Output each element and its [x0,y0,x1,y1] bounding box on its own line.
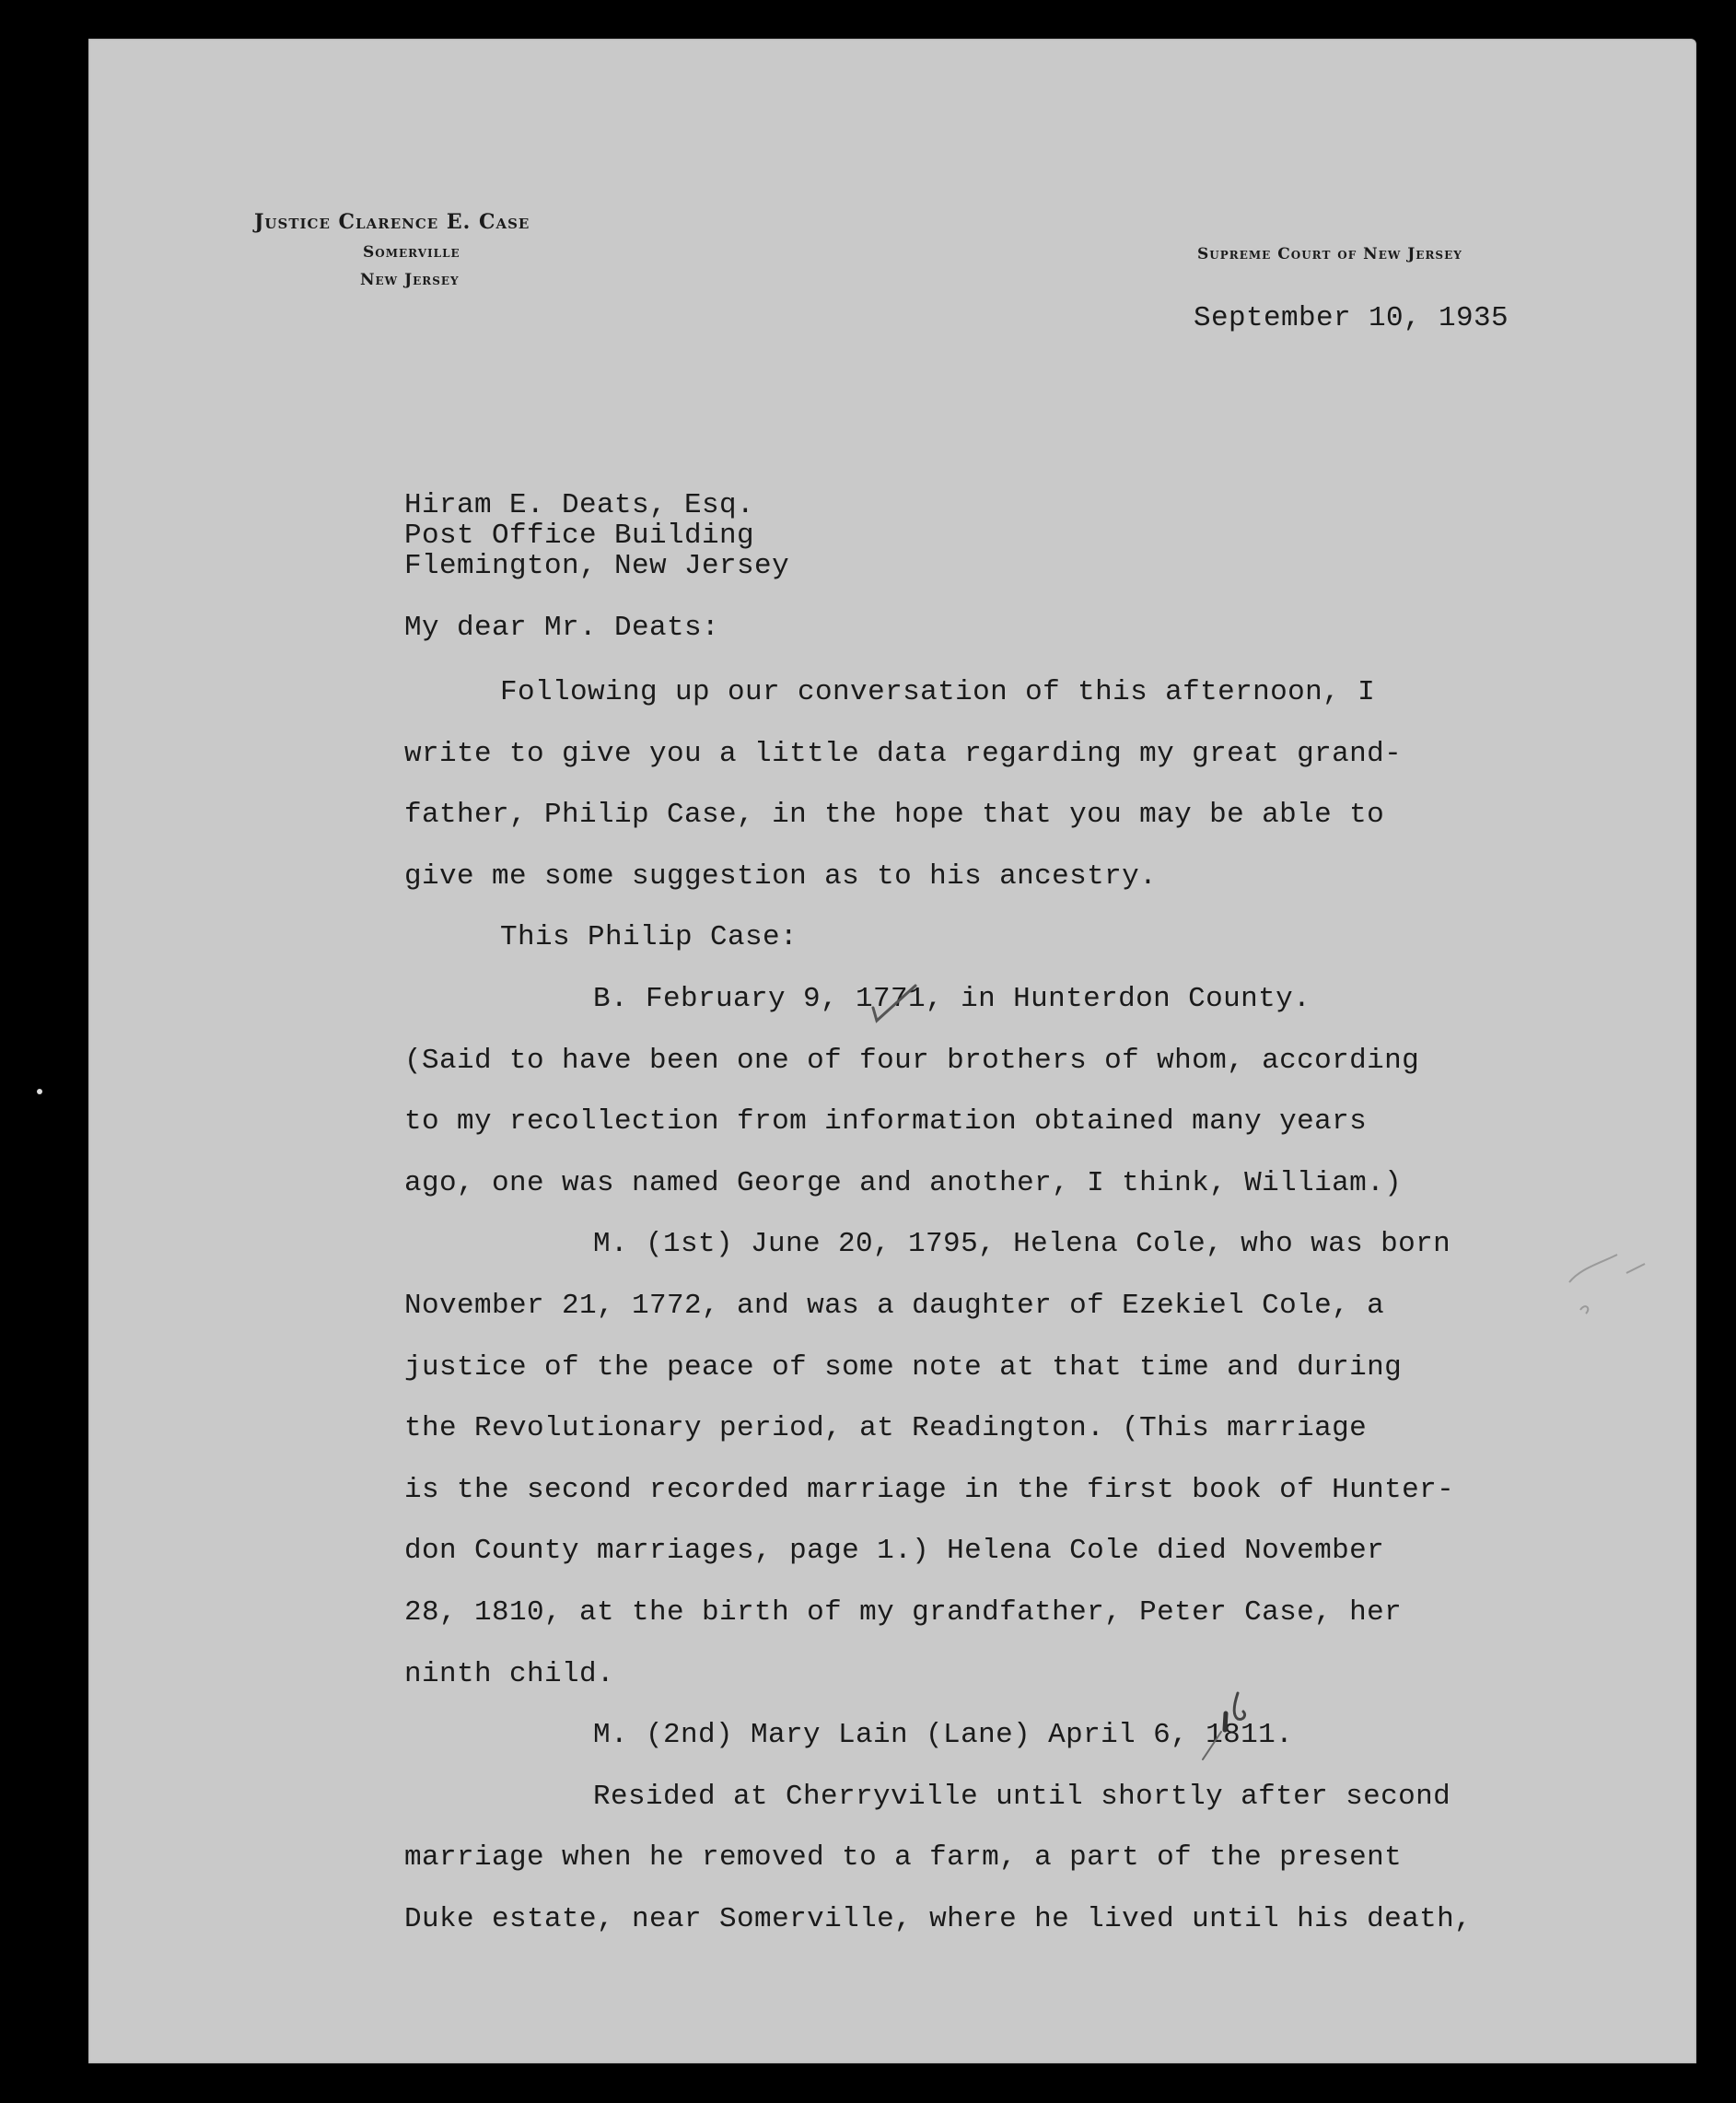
faint-margin-note-icon [1562,1236,1672,1328]
body-line: father, Philip Case, in the hope that yo… [404,797,1472,859]
body-line: the Revolutionary period, at Readington.… [404,1410,1472,1472]
letterhead-city: Somerville [363,243,460,262]
letterhead-state: New Jersey [360,271,460,289]
body-line: don County marriages, page 1.) Helena Co… [404,1533,1472,1595]
recipient-name: Hiram E. Deats, Esq. [404,490,754,520]
body-line: marriage when he removed to a farm, a pa… [404,1840,1472,1901]
body-line: This Philip Case: [404,919,1472,981]
letter-date: September 10, 1935 [1194,302,1509,334]
body-line: November 21, 1772, and was a daughter of… [404,1288,1472,1349]
body-line: Following up our conversation of this af… [404,674,1472,736]
letterhead-court: Supreme Court of New Jersey [1197,245,1462,263]
letterhead-name: Justice Clarence E. Case [254,210,530,234]
body-line: ago, one was named George and another, I… [404,1165,1472,1227]
body-line: (Said to have been one of four brothers … [404,1043,1472,1104]
body-line: to my recollection from information obta… [404,1104,1472,1165]
recipient-city: Flemington, New Jersey [404,551,789,581]
body-line: B. February 9, 1771, in Hunterdon County… [404,981,1472,1043]
body-line: M. (1st) June 20, 1795, Helena Cole, who… [404,1226,1472,1288]
letter-page: Justice Clarence E. Case Somerville New … [88,39,1696,2063]
dust-speck [37,1089,42,1094]
body-line: M. (2nd) Mary Lain (Lane) April 6, 1811. [404,1717,1472,1779]
body-line: write to give you a little data regardin… [404,736,1472,798]
body-line: Resided at Cherryville until shortly aft… [404,1779,1472,1840]
body-line: ninth child. [404,1656,1472,1718]
recipient-address: Post Office Building [404,520,754,551]
salutation: My dear Mr. Deats: [404,612,719,644]
body-line: justice of the peace of some note at tha… [404,1349,1472,1411]
body-line: give me some suggestion as to his ancest… [404,859,1472,920]
body-line: Duke estate, near Somerville, where he l… [404,1901,1472,1963]
body-line: is the second recorded marriage in the f… [404,1472,1472,1534]
letter-body: Following up our conversation of this af… [404,674,1472,1962]
body-line: 28, 1810, at the birth of my grandfather… [404,1595,1472,1656]
